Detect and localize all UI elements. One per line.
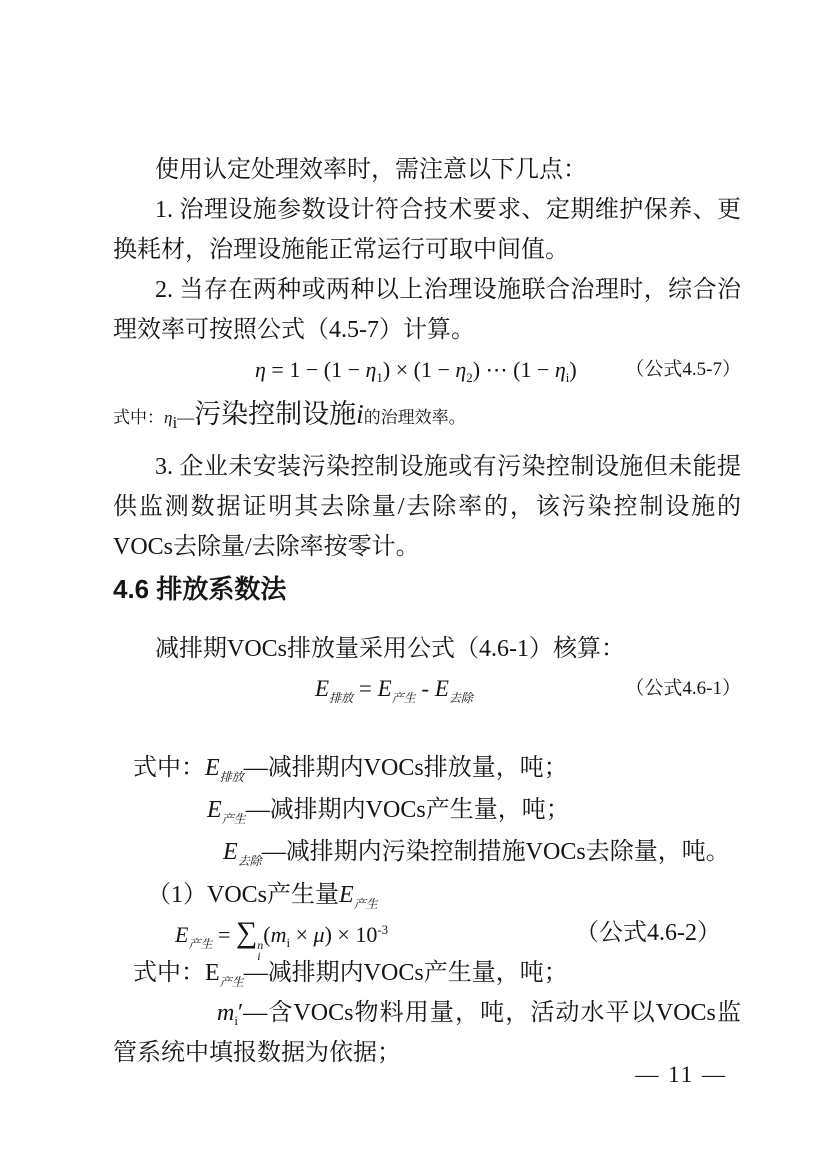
section-heading-4-6: 4.6 排放系数法 xyxy=(113,571,741,607)
formula-4-5-7: η = 1 − (1 − η1) × (1 − η2) ⋯ (1 − ηi) xyxy=(255,357,577,382)
formula-segment: ) ⋯ (1 − xyxy=(473,357,555,382)
eta-symbol: η xyxy=(555,357,566,382)
formula-4-6-1-legend: 式中：E排放—减排期内VOCs排放量，吨； E产生—减排期内VOCs产生量，吨；… xyxy=(113,747,741,873)
paragraph-intro: 使用认定处理效率时，需注意以下几点： xyxy=(113,150,741,190)
legend-description: —含VOCs物料用量，吨，活动水平以VOCs监管系统中填报数据为依据； xyxy=(113,1000,741,1066)
formula-segment: ( xyxy=(263,922,270,947)
subscript: 排放 xyxy=(220,770,244,784)
italic-i: i xyxy=(356,399,364,429)
legend-line-e-quchu: E去除—减排期内污染控制措施VOCs去除量，吨。 xyxy=(223,831,741,873)
formula-4-5-7-row: η = 1 − (1 − η1) × (1 − η2) ⋯ (1 − ηi) （… xyxy=(113,350,741,390)
legend-description: —减排期内VOCs产生量，吨； xyxy=(246,797,570,823)
formula-label-4-6-2: （公式4.6-2） xyxy=(575,913,721,953)
legend-prefix: 式中： xyxy=(133,960,205,986)
m-symbol: m xyxy=(271,922,287,947)
formula-label-4-5-7: （公式4.5-7） xyxy=(625,350,741,390)
eta-symbol: η xyxy=(455,357,466,382)
formula-4-6-1: E排放 = E产生 - E去除 xyxy=(315,676,473,701)
E-symbol: E xyxy=(315,676,329,701)
legend-line-e-paifang: 式中：E排放—减排期内VOCs排放量，吨； xyxy=(133,747,741,789)
subscript: 产生 xyxy=(220,975,244,989)
subscript: 产生 xyxy=(222,812,246,826)
subscript: 产生 xyxy=(188,937,212,951)
mu-symbol: μ xyxy=(314,922,325,947)
formula-4-6-2-row: E产生 = ∑ni(mi × μ) × 10-3 （公式4.6-2） xyxy=(113,913,741,953)
subsection-label: （1）VOCs产生量 xyxy=(147,882,339,908)
E-symbol: E xyxy=(175,922,188,947)
formula-segment: = 1 − (1 − xyxy=(266,357,366,382)
E-symbol: E xyxy=(205,960,220,986)
legend-dash: — xyxy=(177,408,194,427)
E-symbol: E xyxy=(339,882,354,908)
paragraph-item1: 1. 治理设施参数设计符合技术要求、定期维护保养、更换耗材，治理设施能正常运行可… xyxy=(113,190,741,270)
subscript: 产生 xyxy=(392,691,416,705)
legend-line-e-chansheng: E产生—减排期内VOCs产生量，吨； xyxy=(207,789,741,831)
subscript: 去除 xyxy=(238,854,262,868)
subscript: 去除 xyxy=(449,691,473,705)
legend-description: 的治理效率。 xyxy=(364,408,466,427)
page-number: — 11 — xyxy=(635,1062,727,1088)
paragraph-item3: 3. 企业未安装污染控制设施或有污染控制设施但未能提供监测数据证明其去除量/去除… xyxy=(113,447,741,567)
formula-segment: ) × (1 − xyxy=(383,357,455,382)
subscript: 产生 xyxy=(354,897,378,911)
paragraph-item2: 2. 当存在两种或两种以上治理设施联合治理时，综合治理效率可按照公式（4.5-7… xyxy=(113,270,741,350)
times-sign: × xyxy=(290,922,313,947)
exponent: -3 xyxy=(377,922,388,937)
legend-prefix: 式中： xyxy=(133,755,205,781)
paragraph-sec46-intro: 减排期VOCs排放量采用公式（4.6-1）核算： xyxy=(113,629,741,669)
formula-label-4-6-1: （公式4.6-1） xyxy=(625,669,741,709)
E-symbol: E xyxy=(435,676,449,701)
E-symbol: E xyxy=(223,839,238,865)
formula-segment: ) xyxy=(569,357,576,382)
legend-description: —减排期内污染控制措施VOCs去除量，吨。 xyxy=(262,839,730,865)
equals-sign: = xyxy=(353,676,377,701)
formula-4-6-1-row: E排放 = E产生 - E去除 （公式4.6-1） xyxy=(113,669,741,709)
legend-description: —减排期内VOCs产生量，吨； xyxy=(244,960,568,986)
sum-lower-limit: i xyxy=(257,951,263,962)
formula-4-6-2: E产生 = ∑ni(mi × μ) × 10-3 xyxy=(175,922,388,947)
E-symbol: E xyxy=(207,797,222,823)
legend-line-mi: mi′—含VOCs物料用量，吨，活动水平以VOCs监管系统中填报数据为依据； xyxy=(113,993,741,1073)
subsection-vocs-generation: （1）VOCs产生量E产生 xyxy=(147,877,741,913)
sum-symbol: ∑ xyxy=(236,916,257,949)
legend-description: —减排期内VOCs排放量，吨； xyxy=(244,755,568,781)
E-symbol: E xyxy=(378,676,392,701)
legend-prefix: 式中： xyxy=(113,408,164,427)
eta-symbol: η xyxy=(365,357,376,382)
document-page: 使用认定处理效率时，需注意以下几点： 1. 治理设施参数设计符合技术要求、定期维… xyxy=(0,0,827,1169)
formula-4-6-2-legend: 式中：E产生—减排期内VOCs产生量，吨； xyxy=(133,953,741,993)
equals-sign: = xyxy=(212,922,235,947)
minus-sign: - xyxy=(416,676,435,701)
E-symbol: E xyxy=(205,755,220,781)
eta-symbol: η xyxy=(255,357,266,382)
subscript: 排放 xyxy=(329,691,353,705)
formula-segment: ) × 10 xyxy=(325,922,378,947)
m-symbol: m xyxy=(217,1000,234,1026)
formula-4-5-7-legend: 式中：ηi—污染控制设施i的治理效率。 xyxy=(113,394,741,439)
page-content: 使用认定处理效率时，需注意以下几点： 1. 治理设施参数设计符合技术要求、定期维… xyxy=(113,150,741,1073)
legend-term: 污染控制设施 xyxy=(194,399,356,429)
